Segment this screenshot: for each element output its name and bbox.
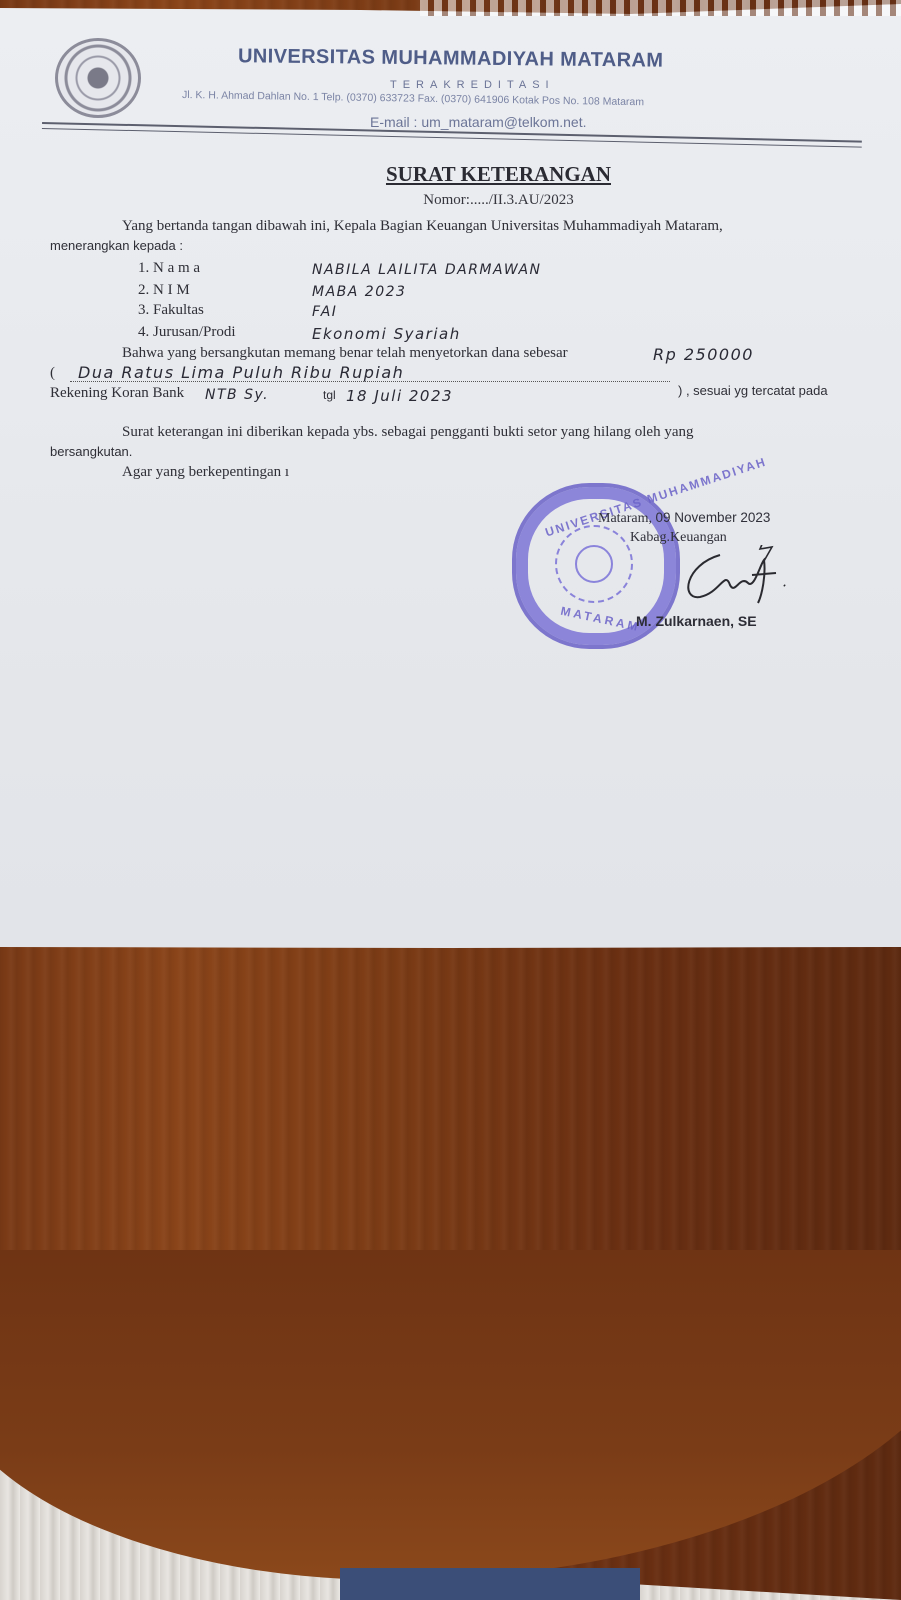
amount-in-words: Dua Ratus Lima Puluh Ribu Rupiah bbox=[78, 363, 404, 382]
paper-perforated-edge bbox=[420, 0, 901, 16]
accreditation-label: TERAKREDITASI bbox=[390, 79, 555, 91]
statement-line-2: bersangkutan. bbox=[50, 444, 132, 459]
stamp-emblem-icon bbox=[575, 545, 613, 583]
field-label-fakultas: 3. Fakultas bbox=[138, 302, 204, 319]
bank-label: Rekening Koran Bank bbox=[50, 385, 184, 402]
signer-name: M. Zulkarnaen, SE bbox=[636, 613, 757, 629]
place-and-date: Mataram, 09 November 2023 bbox=[598, 510, 770, 527]
university-seal-icon bbox=[55, 38, 141, 118]
field-value-nim: MABA 2023 bbox=[312, 284, 406, 300]
intro-line-2: menerangkan kepada : bbox=[50, 238, 183, 253]
bank-value: NTB Sy. bbox=[205, 387, 269, 403]
field-label-nim: 2. N I M bbox=[138, 282, 190, 299]
transfer-date: 18 Juli 2023 bbox=[346, 387, 453, 405]
university-email: E-mail : um_mataram@telkom.net. bbox=[370, 114, 587, 130]
field-value-prodi: Ekonomi Syariah bbox=[312, 325, 461, 343]
document-number: Nomor:...../II.3.AU/2023 bbox=[0, 192, 901, 209]
signing-place: Mataram, bbox=[598, 511, 652, 526]
closing-line: Agar yang berkepentingan ı bbox=[122, 464, 289, 481]
document-title: SURAT KETERANGAN bbox=[0, 162, 901, 187]
signing-date: 09 November 2023 bbox=[656, 510, 771, 525]
deposit-amount: Rp 250000 bbox=[653, 345, 754, 364]
intro-line-1: Yang bertanda tangan dibawah ini, Kepala… bbox=[122, 218, 723, 235]
field-label-name: 1. N a m a bbox=[138, 260, 200, 277]
field-value-name: NABILA LAILITA DARMAWAN bbox=[312, 262, 542, 278]
field-value-fakultas: FAI bbox=[312, 304, 337, 320]
amount-words-open: ( bbox=[50, 365, 55, 382]
statement-line-1: Surat keterangan ini diberikan kepada yb… bbox=[122, 424, 694, 441]
field-label-prodi: 4. Jurusan/Prodi bbox=[138, 324, 236, 341]
signer-position: Kabag.Keuangan bbox=[630, 530, 727, 546]
date-label: tgl bbox=[323, 388, 336, 402]
deposit-statement: Bahwa yang bersangkutan memang benar tel… bbox=[122, 345, 568, 362]
handwritten-signature-icon bbox=[680, 545, 790, 605]
amount-words-close: ) , sesuai yg tercatat pada bbox=[678, 383, 828, 398]
blue-cloth bbox=[340, 1568, 640, 1600]
